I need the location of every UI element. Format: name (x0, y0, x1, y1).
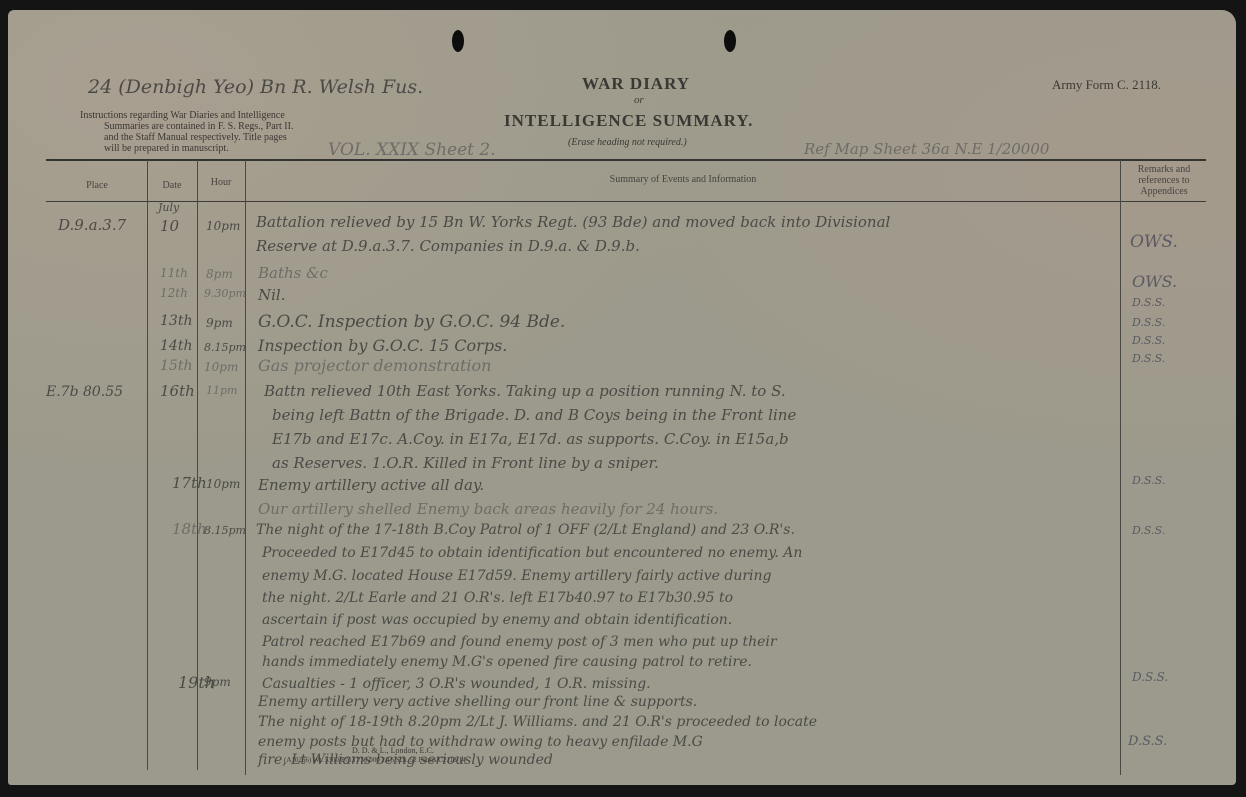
entry-line: Battalion relieved by 15 Bn W. Yorks Reg… (256, 213, 890, 231)
entry-remark-initials: D.S.S. (1132, 670, 1168, 684)
entry-line: E17b and E17c. A.Coy. in E17a, E17d. as … (272, 430, 789, 448)
page-title: WAR DIARY (582, 74, 690, 94)
entry-date: 18th (172, 520, 207, 538)
entry-date: 11th (160, 266, 188, 280)
entry-line: Enemy artillery active all day. (258, 476, 484, 494)
entry-date: 10 (160, 217, 179, 235)
column-header-place: Place (48, 180, 146, 191)
remarks-header-line: Remarks and (1122, 164, 1206, 175)
entry-hour: 8pm (206, 267, 233, 281)
entry-line: hands immediately enemy M.G's opened fir… (262, 654, 752, 670)
entry-remark-initials: D.S.S. (1132, 352, 1165, 365)
entry-hour: 8.15pm (204, 524, 246, 537)
entry-remark-initials: D.S.S. (1132, 524, 1165, 537)
punch-hole (452, 30, 464, 52)
entry-date: 15th (160, 358, 192, 374)
entry-date: 14th (160, 338, 192, 354)
entry-hour: 8.15pm (204, 341, 246, 354)
column-header-hour: Hour (198, 177, 244, 188)
entry-line: G.O.C. Inspection by G.O.C. 94 Bde. (258, 312, 565, 332)
instructions-line: and the Staff Manual respectively. Title… (104, 132, 287, 143)
header-bottom-rule (46, 201, 1206, 202)
entry-line: Proceeded to E17d45 to obtain identifica… (262, 545, 802, 561)
entry-place: D.9.a.3.7 (58, 216, 126, 234)
war-diary-page: 24 (Denbigh Yeo) Bn R. Welsh Fus. Instru… (8, 10, 1236, 785)
entry-place: E.7b 80.55 (46, 384, 123, 400)
entry-remark-initials: OWS. (1130, 232, 1178, 252)
entry-remark-initials: D.S.S. (1132, 296, 1165, 309)
entry-line: being left Battn of the Brigade. D. and … (272, 406, 796, 424)
erase-note: (Erase heading not required.) (568, 137, 687, 148)
unit-name-handwritten: 24 (Denbigh Yeo) Bn R. Welsh Fus. (88, 76, 423, 98)
printer-imprint: D. D. & L., London, E.C. (352, 746, 434, 755)
entry-line: as Reserves. 1.O.R. Killed in Front line… (272, 454, 659, 472)
column-divider (1120, 160, 1121, 775)
remarks-header-line: references to (1122, 175, 1206, 186)
entry-line: The night of 18-19th 8.20pm 2/Lt J. Will… (258, 714, 817, 730)
entry-remark-initials: D.S.S. (1132, 316, 1165, 329)
entry-date: 12th (160, 286, 188, 300)
entry-line: The night of the 17-18th B.Coy Patrol of… (256, 522, 795, 538)
entry-line: Inspection by G.O.C. 15 Corps. (258, 336, 507, 355)
army-form-number: Army Form C. 2118. (1052, 77, 1161, 93)
entry-line: enemy posts but had to withdraw owing to… (258, 734, 703, 750)
entry-remark-initials: D.S.S. (1132, 334, 1165, 347)
entry-remark-initials: D.S.S. (1128, 734, 1167, 749)
volume-handwritten: VOL. XXIX Sheet 2. (328, 140, 496, 160)
page-subtitle: INTELLIGENCE SUMMARY. (504, 111, 753, 131)
entry-date: 13th (160, 313, 192, 329)
entry-line: Baths &c (258, 264, 328, 282)
entry-date: 17th (172, 474, 207, 492)
entry-remark-initials: OWS. (1132, 272, 1177, 291)
entry-line: enemy M.G. located House E17d59. Enemy a… (262, 568, 771, 584)
entry-line: Reserve at D.9.a.3.7. Companies in D.9.a… (256, 237, 640, 255)
title-or: or (634, 94, 644, 106)
entry-line: ascertain if post was occupied by enemy … (262, 612, 732, 628)
entry-hour: 9pm (206, 316, 233, 330)
entry-line: the night. 2/Lt Earle and 21 O.R's. left… (262, 590, 733, 606)
entry-hour: 10pm (204, 360, 238, 374)
entry-hour: 9.30pm (204, 287, 246, 300)
punch-hole (724, 30, 736, 52)
column-divider (147, 160, 148, 770)
entry-line: Our artillery shelled Enemy back areas h… (258, 500, 718, 518)
entry-month: July (158, 201, 179, 214)
column-header-date: Date (148, 180, 196, 191)
entry-line: Nil. (258, 286, 286, 304)
remarks-header-line: Appendices (1122, 186, 1206, 197)
column-divider (245, 160, 246, 775)
instructions-line: will be prepared in manuscript. (104, 143, 229, 154)
entry-line: Enemy artillery very active shelling our… (258, 694, 697, 710)
entry-line: Patrol reached E17b69 and found enemy po… (262, 634, 777, 650)
column-header-summary: Summary of Events and Information (248, 174, 1118, 185)
table-top-rule (46, 159, 1206, 161)
column-header-remarks: Remarks and references to Appendices (1122, 164, 1206, 197)
entry-hour: 9pm (204, 675, 231, 689)
entry-line: Gas projector demonstration (258, 356, 491, 375)
entry-hour: 10pm (206, 477, 240, 491)
entry-remark-initials: D.S.S. (1132, 474, 1165, 487)
entry-line: Casualties - 1 officer, 3 O.R's wounded,… (262, 676, 651, 692)
entry-hour: 11pm (206, 384, 237, 397)
entry-date: 16th (160, 382, 195, 400)
instructions-line: Instructions regarding War Diaries and I… (80, 110, 285, 121)
map-reference-handwritten: Ref Map Sheet 36a N.E 1/20000 (804, 140, 1049, 158)
entry-line: Battn relieved 10th East Yorks. Taking u… (264, 382, 786, 400)
instructions-line: Summaries are contained in F. S. Regs., … (104, 121, 293, 132)
print-code: (A10266) Wt. 5300/P713 750,000 2/16 Sch.… (284, 756, 466, 764)
entry-hour: 10pm (206, 219, 240, 233)
